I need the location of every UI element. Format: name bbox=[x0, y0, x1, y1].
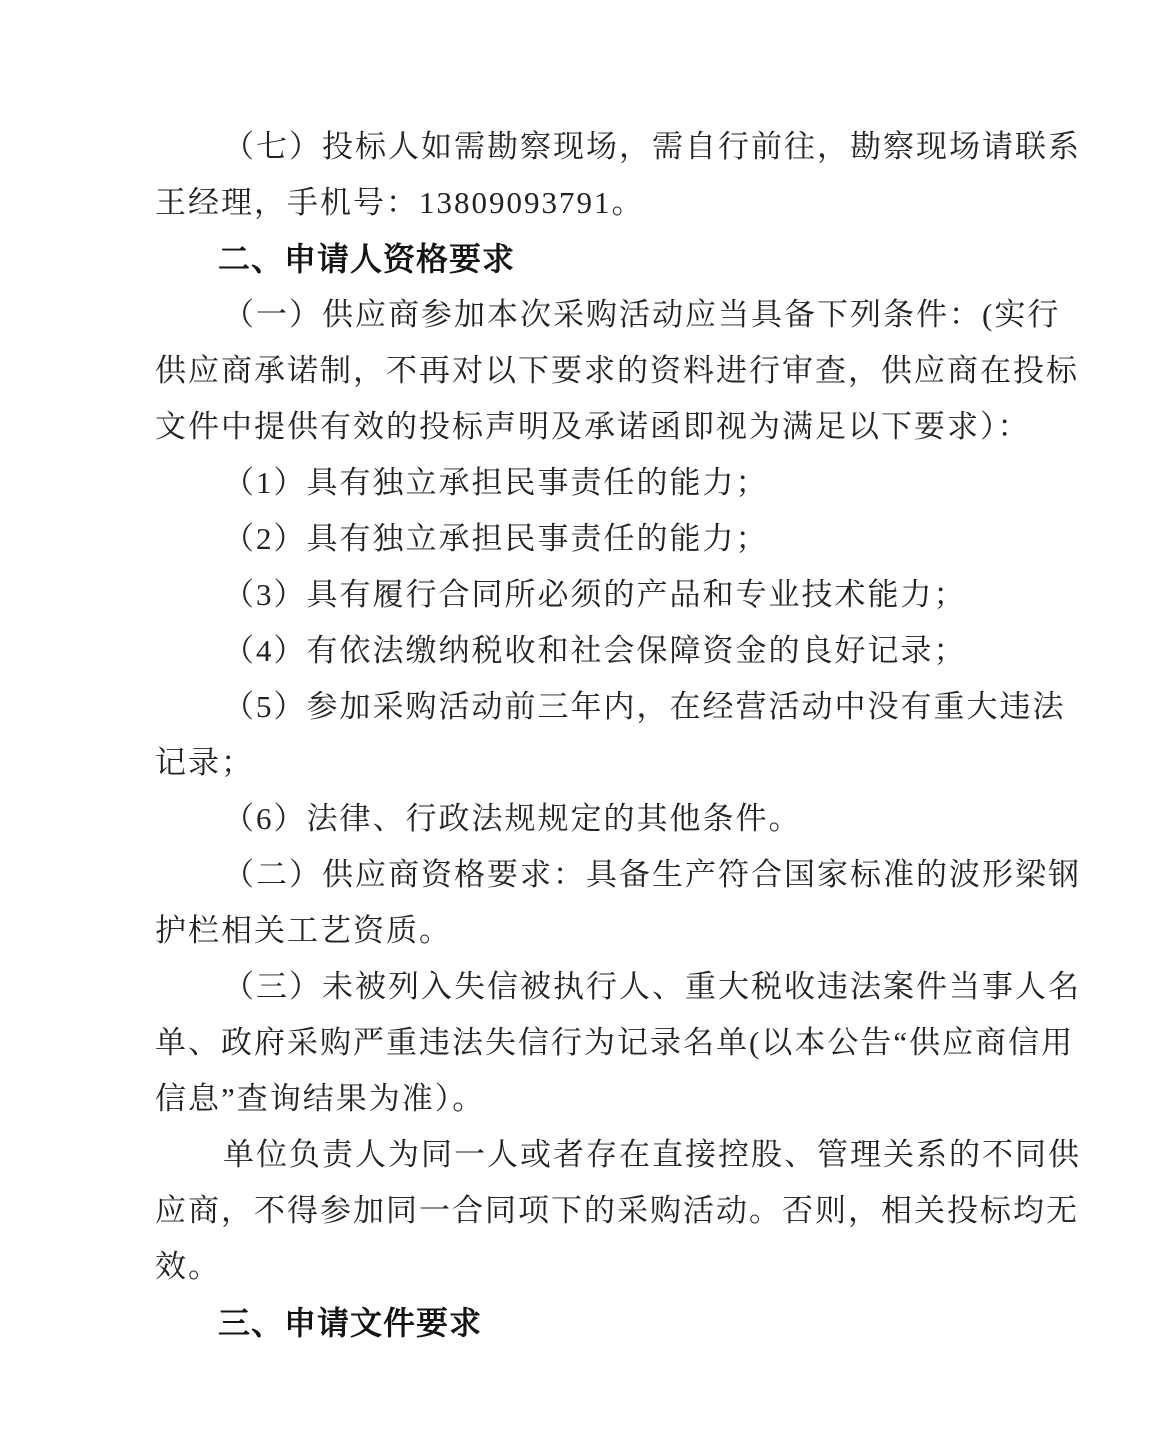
doc-line-condition-3: （3）具有履行合同所必须的产品和专业技术能力； bbox=[155, 567, 1085, 623]
doc-line: 单位负责人为同一人或者存在直接控股、管理关系的不同供 bbox=[155, 1127, 1085, 1183]
doc-line: 应商，不得参加同一合同项下的采购活动。否则，相关投标均无 bbox=[155, 1183, 1085, 1239]
doc-line: 供应商承诺制，不再对以下要求的资料进行审查，供应商在投标 bbox=[155, 343, 1085, 399]
doc-line-contact-phone: 王经理，手机号：13809093791。 bbox=[155, 175, 1085, 231]
doc-line-condition-1: （1）具有独立承担民事责任的能力； bbox=[155, 455, 1085, 511]
doc-line-condition-4: （4）有依法缴纳税收和社会保障资金的良好记录； bbox=[155, 623, 1085, 679]
doc-line: （七）投标人如需勘察现场，需自行前往，勘察现场请联系 bbox=[155, 119, 1085, 175]
doc-line: （二）供应商资格要求：具备生产符合国家标准的波形梁钢 bbox=[155, 847, 1085, 903]
section-heading-applicant-qualifications: 二、申请人资格要求 bbox=[155, 231, 1085, 287]
doc-line-condition-2: （2）具有独立承担民事责任的能力； bbox=[155, 511, 1085, 567]
doc-line: 文件中提供有效的投标声明及承诺函即视为满足以下要求）： bbox=[155, 399, 1085, 455]
doc-line: 效。 bbox=[155, 1239, 1085, 1295]
doc-line: （一）供应商参加本次采购活动应当具备下列条件：(实行 bbox=[155, 287, 1085, 343]
doc-line: 信息”查询结果为准）。 bbox=[155, 1071, 1085, 1127]
doc-line: （三）未被列入失信被执行人、重大税收违法案件当事人名 bbox=[155, 959, 1085, 1015]
doc-line-condition-6: （6）法律、行政法规规定的其他条件。 bbox=[155, 791, 1085, 847]
doc-line-condition-5: （5）参加采购活动前三年内，在经营活动中没有重大违法 bbox=[155, 679, 1085, 735]
doc-line: 护栏相关工艺资质。 bbox=[155, 903, 1085, 959]
document-page: （七）投标人如需勘察现场，需自行前往，勘察现场请联系 王经理，手机号：13809… bbox=[0, 0, 1172, 1442]
doc-line: 单、政府采购严重违法失信行为记录名单(以本公告“供应商信用 bbox=[155, 1015, 1085, 1071]
doc-line: 记录； bbox=[155, 735, 1085, 791]
section-heading-application-documents: 三、申请文件要求 bbox=[155, 1295, 1085, 1351]
document-body: （七）投标人如需勘察现场，需自行前往，勘察现场请联系 王经理，手机号：13809… bbox=[155, 119, 1085, 1351]
